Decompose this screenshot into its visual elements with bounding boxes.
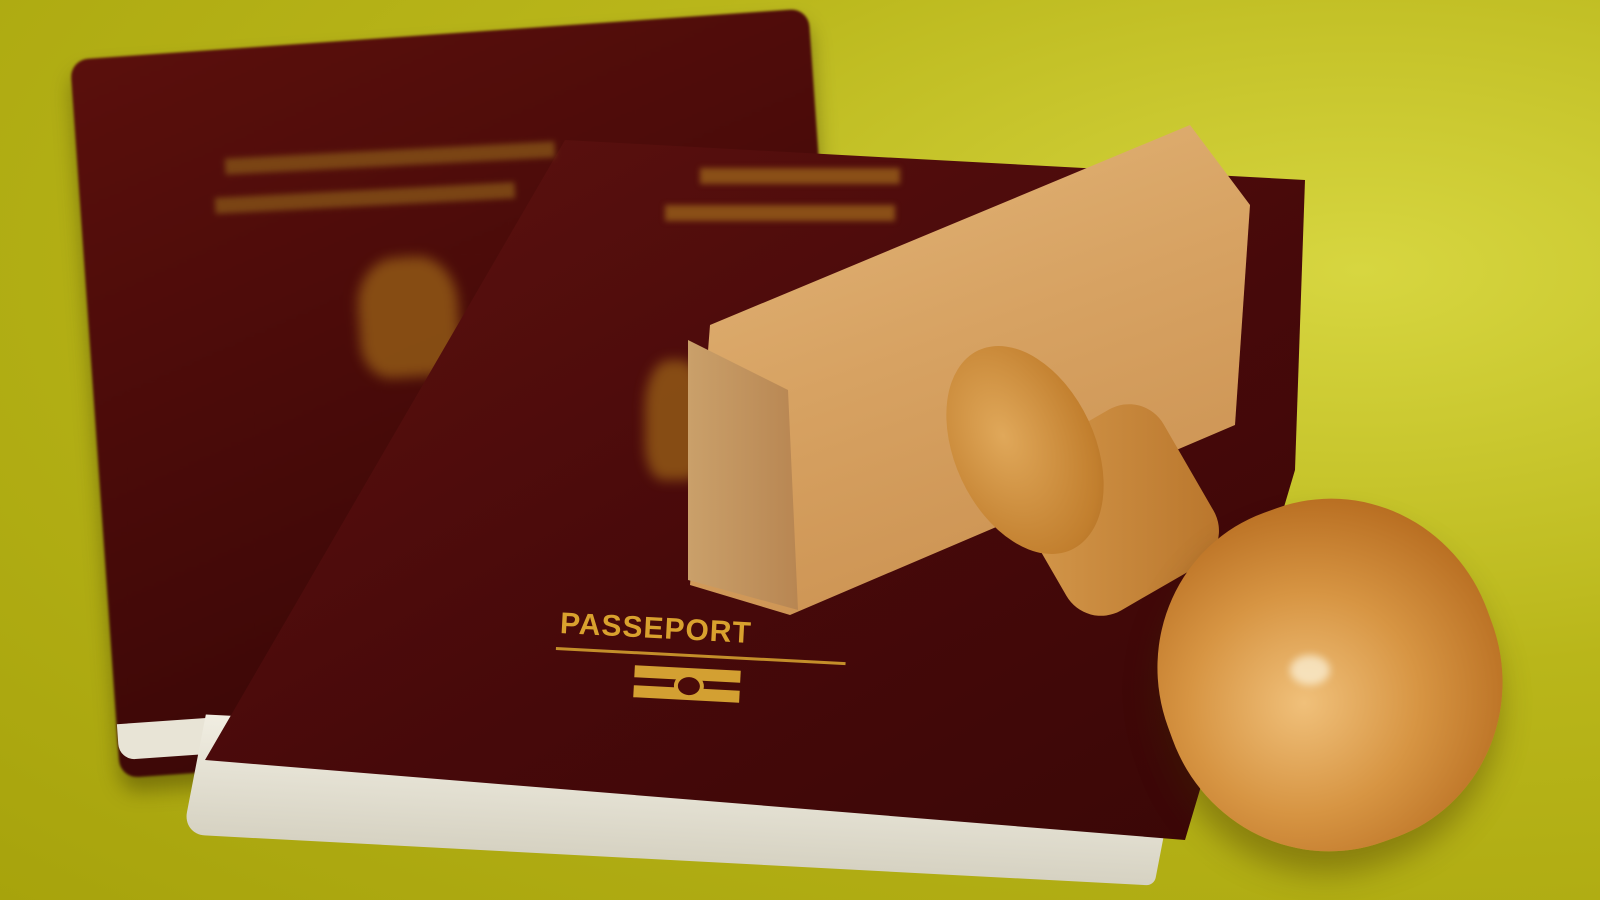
blurred-header-line [665, 205, 895, 221]
blurred-header-line [700, 168, 900, 184]
biometric-chip-icon [633, 661, 741, 706]
blurred-cover-text: ​ [234, 109, 236, 140]
photo-scene: ​ PASSEPORT [0, 0, 1600, 900]
knob-highlight [1290, 655, 1330, 685]
